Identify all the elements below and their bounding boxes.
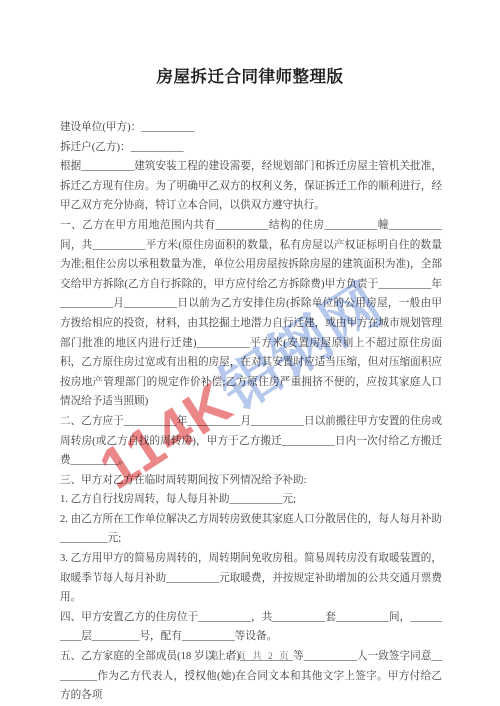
paragraph: 根据__________建筑安装工程的建设需要，经规划部门和拆迁房屋主管机关批准… [60,157,442,216]
paragraph: 三、甲方对乙方在临时周转期间按下列情况给予补助: [60,471,442,491]
paragraph: 四、甲方安置乙方的住房位于__________，共__________套____… [60,608,442,647]
page-number-footer: 第 1 页 共 2 页 [0,648,500,662]
paragraph: 1. 乙方自行找房周转，每人每月补助__________元; [60,490,442,510]
paragraph: 拆迁户(乙方)：__________ [60,138,442,158]
paragraph: 2. 由乙方所在工作单位解决乙方周转房致使其家庭人口分散居住的，每人每月补助__… [60,510,442,549]
paragraph: 3. 乙方用甲方的简易房周转的，周转期间免收房租。简易周转房没有取暖装置的，取暖… [60,549,442,608]
contract-page: 房屋拆迁合同律师整理版 建设单位(甲方)：__________拆迁户(乙方)：_… [0,0,500,706]
paragraph: 二、乙方应于__________年__________月__________日以… [60,412,442,471]
contract-body: 建设单位(甲方)：__________拆迁户(乙方)：__________根据_… [60,118,442,706]
document-title: 房屋拆迁合同律师整理版 [0,63,500,87]
paragraph: 建设单位(甲方)：__________ [60,118,442,138]
paragraph: 一、乙方在甲方用地范围内共有__________结构的住房__________幢… [60,216,442,412]
